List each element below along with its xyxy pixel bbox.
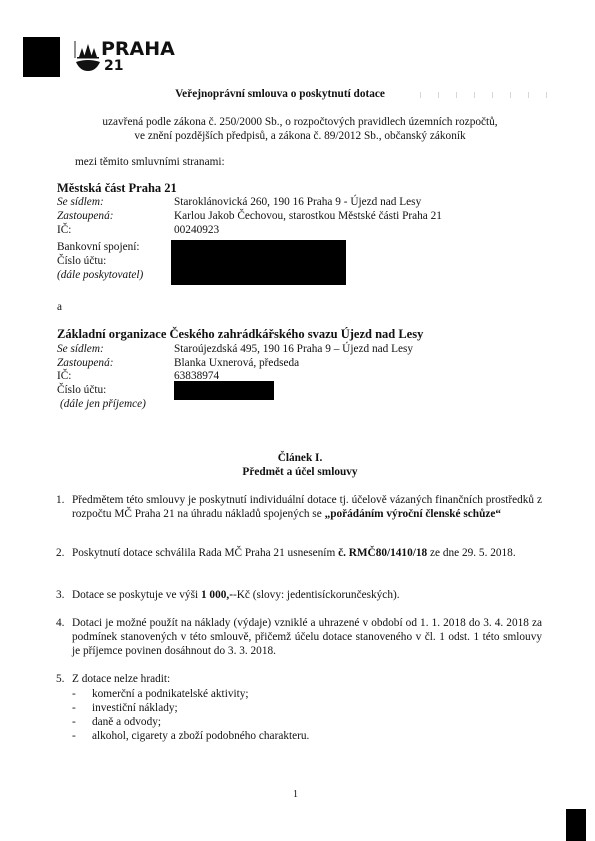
recipient-seat-value: Staroújezdská 495, 190 16 Praha 9 – Újez… [174, 343, 413, 356]
recipient-seat-label: Se sídlem: [57, 343, 104, 356]
recipient-ico-label: IČ: [57, 370, 71, 383]
recipient-account-label: Číslo účtu: [57, 384, 106, 397]
document-title: Veřejnoprávní smlouva o poskytnutí dotac… [130, 88, 430, 101]
provider-ico-value: 00240923 [174, 224, 219, 237]
corner-mark-top-left [23, 37, 60, 77]
provider-role-label: (dále poskytovatel) [57, 269, 143, 282]
provider-ico-label: IČ: [57, 224, 71, 237]
provider-rep-label: Zastoupená: [57, 210, 114, 223]
clause-4: 4. Dotaci je možné použít na náklady (vý… [72, 616, 542, 658]
clause-1: 1. Předmětem této smlouvy je poskytnutí … [72, 493, 542, 521]
logo-city-name: PRAHA [101, 39, 175, 59]
provider-seat-label: Se sídlem: [57, 196, 104, 209]
subtitle-line-1: uzavřená podle zákona č. 250/2000 Sb., o… [40, 116, 560, 129]
praha21-logo: PRAHA 21 [74, 38, 174, 74]
clause-number: 4. [56, 616, 64, 630]
exclusion-item: -komerční a podnikatelské aktivity; [92, 687, 249, 701]
clause-number: 2. [56, 546, 64, 560]
parties-intro: mezi těmito smluvními stranami: [75, 156, 225, 169]
clause-number: 3. [56, 588, 64, 602]
conjunction-and: a [57, 301, 62, 314]
recipient-name: Základní organizace Českého zahrádkářské… [57, 328, 423, 341]
provider-bank-label: Bankovní spojení: [57, 241, 140, 254]
page-number: 1 [293, 788, 298, 801]
forest-emblem-icon [74, 38, 102, 74]
clause-3: 3. Dotace se poskytuje ve výši 1 000,--K… [72, 588, 542, 602]
provider-rep-value: Karlou Jakob Čechovou, starostkou Městsk… [174, 210, 442, 223]
exclusion-item: -daně a odvody; [92, 715, 161, 729]
clause-2: 2. Poskytnutí dotace schválila Rada MČ P… [72, 546, 542, 560]
subtitle-line-2: ve znění pozdějších předpisů, a zákona č… [40, 130, 560, 143]
recipient-role-label: (dále jen příjemce) [60, 398, 146, 411]
exclusion-item: -alkohol, cigarety a zboží podobného cha… [92, 729, 309, 743]
clause-5: 5. Z dotace nelze hradit: [72, 672, 542, 686]
redacted-account-number [174, 381, 274, 400]
recipient-rep-label: Zastoupená: [57, 357, 114, 370]
exclusion-item: -investiční náklady; [92, 701, 178, 715]
provider-account-label: Číslo účtu: [57, 255, 106, 268]
corner-mark-bottom-right [566, 809, 586, 841]
provider-name: Městská část Praha 21 [57, 182, 177, 195]
article-heading: Článek I. [200, 452, 400, 465]
redacted-title-suffix [420, 92, 560, 98]
clause-number: 5. [56, 672, 64, 686]
clause-number: 1. [56, 493, 64, 507]
article-subheading: Předmět a účel smlouvy [200, 466, 400, 479]
logo-district-number: 21 [104, 59, 123, 73]
redacted-bank-details [171, 240, 346, 285]
provider-seat-value: Staroklánovická 260, 190 16 Praha 9 - Új… [174, 196, 421, 209]
recipient-rep-value: Blanka Uxnerová, předseda [174, 357, 299, 370]
